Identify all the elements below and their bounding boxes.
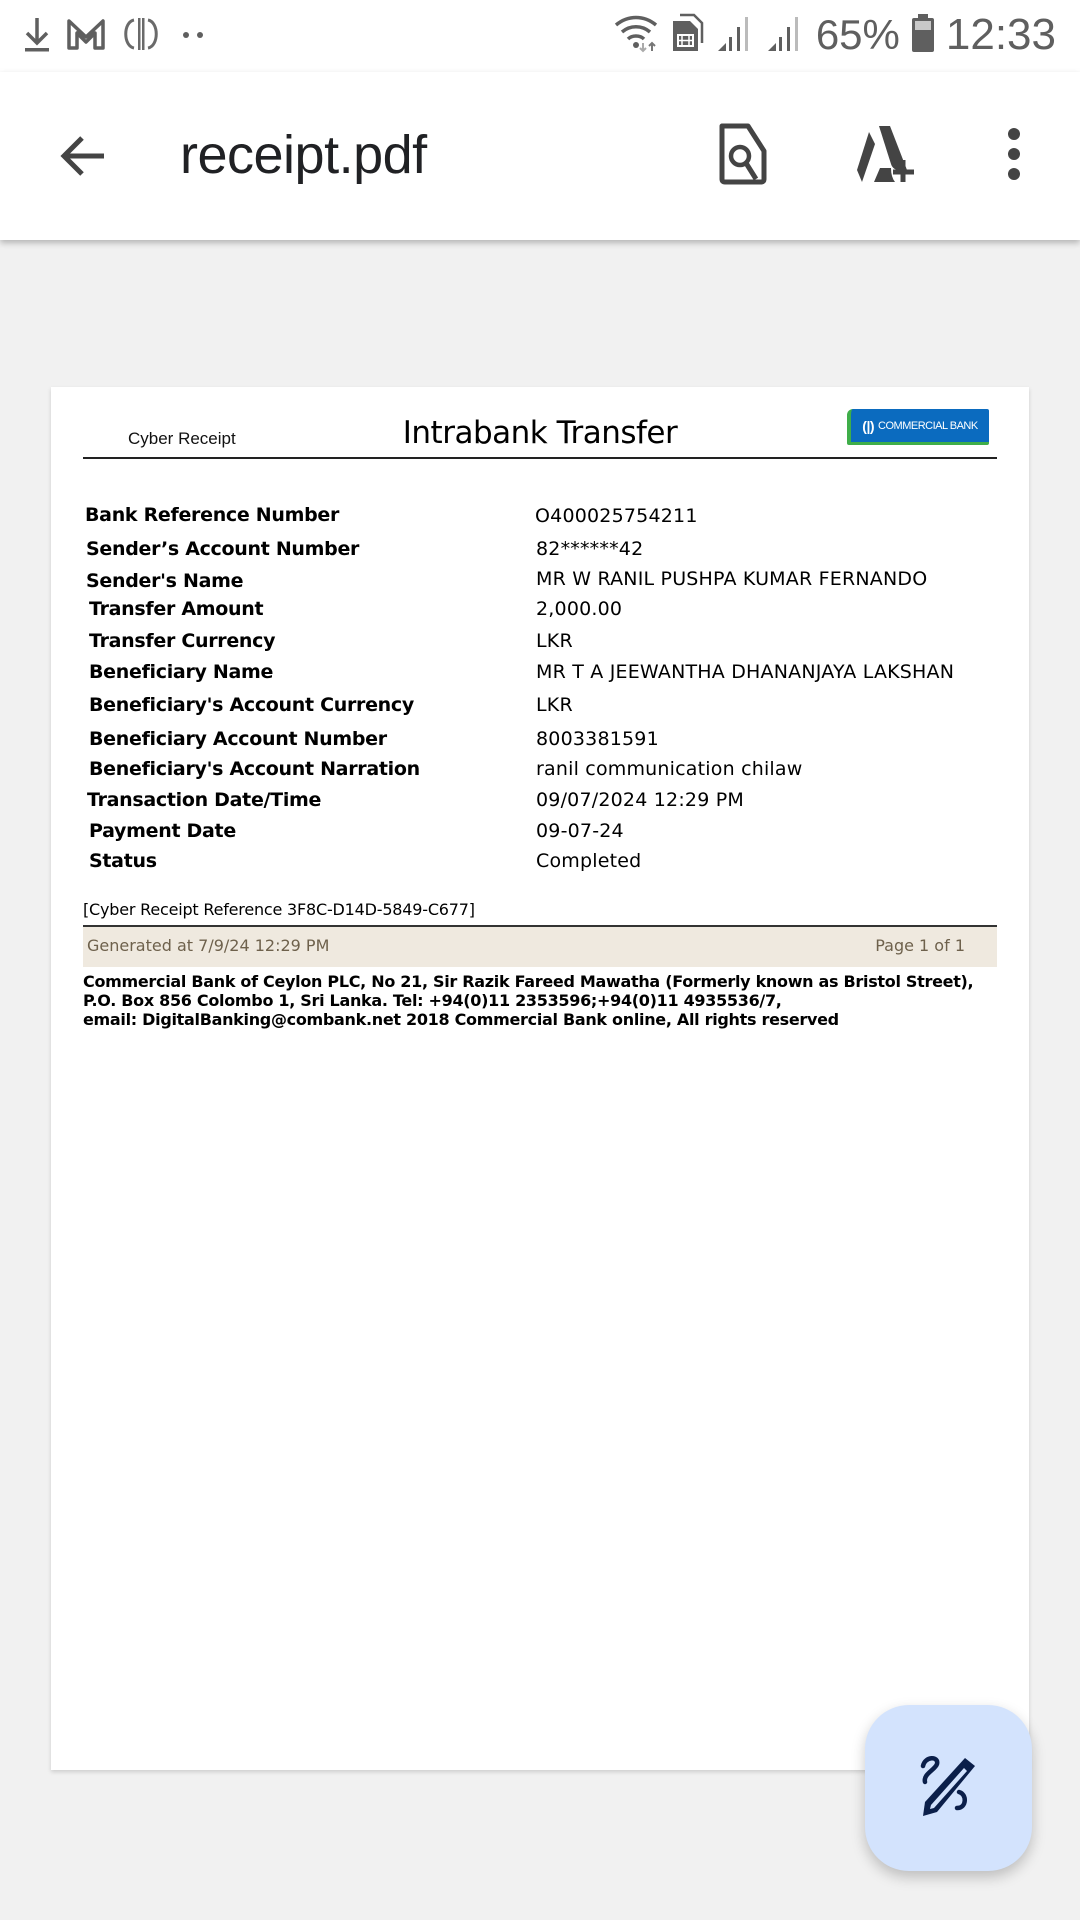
field-row: Beneficiary Name MR T A JEEWANTHA DHANAN… [89, 661, 999, 692]
field-row: Sender’s Account Number 82******42 [86, 538, 996, 569]
field-row: Beneficiary's Account Currency LKR [89, 694, 999, 725]
commercial-bank-logo: (|) COMMERCIAL BANK [847, 409, 989, 445]
add-to-drive-button[interactable] [850, 120, 922, 192]
status-value: Completed [536, 850, 641, 872]
add-to-drive-icon [853, 124, 919, 188]
receipt-fields: Bank Reference Number O400025754211 Send… [86, 504, 996, 881]
signal-2-icon [766, 13, 806, 57]
footer-line: Commercial Bank of Ceylon PLC, No 21, Si… [83, 972, 973, 991]
download-icon [22, 14, 52, 58]
field-row: Payment Date 09-07-24 [89, 820, 999, 851]
field-row: Beneficiary's Account Narration ranil co… [89, 758, 999, 789]
field-label: Beneficiary Account Number [89, 728, 387, 750]
field-value: 09-07-24 [536, 820, 624, 842]
field-value: 82******42 [536, 538, 643, 560]
wifi-icon [612, 13, 660, 57]
more-options-icon [1004, 126, 1024, 186]
app-bar: receipt.pdf [0, 72, 1080, 240]
field-value: LKR [536, 630, 573, 652]
generated-bar: Generated at 7/9/24 12:29 PM Page 1 of 1 [83, 925, 997, 967]
field-label: Sender’s Account Number [86, 538, 359, 560]
field-row: Sender's Name MR W RANIL PUSHPA KUMAR FE… [86, 570, 996, 601]
field-row: Transfer Currency LKR [89, 630, 999, 661]
back-button[interactable] [52, 126, 116, 190]
find-in-document-button[interactable] [706, 120, 778, 192]
field-label: Status [89, 850, 157, 872]
footer-line: P.O. Box 856 Colombo 1, Sri Lanka. Tel: … [83, 991, 973, 1010]
status-bar: 65% 12:33 [0, 0, 1080, 72]
generated-at: Generated at 7/9/24 12:29 PM [87, 936, 329, 955]
page-indicator: Page 1 of 1 [875, 936, 965, 955]
field-row: Transfer Amount 2,000.00 [89, 598, 999, 629]
field-label: Sender's Name [86, 570, 243, 592]
sim-icon [670, 13, 706, 57]
field-value: ranil communication chilaw [536, 758, 803, 780]
bank-logo-text: COMMERCIAL BANK [878, 420, 978, 432]
receipt-header: Cyber Receipt Intrabank Transfer (|) COM… [83, 417, 997, 459]
field-row: Status Completed [89, 850, 999, 881]
field-value: 2,000.00 [536, 598, 622, 620]
more-options-button[interactable] [978, 120, 1050, 192]
field-value: O400025754211 [535, 505, 698, 527]
find-in-document-icon [716, 123, 768, 189]
field-value: LKR [536, 694, 573, 716]
field-value: MR W RANIL PUSHPA KUMAR FERNANDO [536, 568, 927, 590]
field-label: Beneficiary's Account Currency [89, 694, 414, 716]
field-label: Beneficiary Name [89, 661, 273, 683]
bank-logo-icon: (|) [862, 418, 874, 434]
field-value: 09/07/2024 12:29 PM [536, 789, 744, 811]
bank-footer: Commercial Bank of Ceylon PLC, No 21, Si… [83, 972, 973, 1029]
document-title: receipt.pdf [180, 124, 427, 186]
field-row: Transaction Date/Time 09/07/2024 12:29 P… [87, 789, 997, 820]
more-notifications-icon [176, 17, 212, 55]
field-label: Transaction Date/Time [87, 789, 321, 811]
gmail-icon [66, 17, 106, 55]
field-label: Transfer Currency [89, 630, 275, 652]
field-label: Beneficiary's Account Narration [89, 758, 420, 780]
back-icon [56, 128, 112, 188]
clock: 12:33 [946, 10, 1056, 60]
cyber-receipt-reference: [Cyber Receipt Reference 3F8C-D14D-5849-… [83, 900, 475, 919]
commercial-bank-app-icon [120, 17, 162, 55]
field-row: Beneficiary Account Number 8003381591 [89, 728, 999, 759]
field-value: 8003381591 [536, 728, 659, 750]
annotate-pen-icon [917, 1754, 981, 1822]
annotate-button[interactable] [865, 1705, 1032, 1871]
field-row: Bank Reference Number O400025754211 [85, 504, 995, 535]
field-value: MR T A JEEWANTHA DHANANJAYA LAKSHAN [536, 661, 954, 683]
field-label: Transfer Amount [89, 598, 263, 620]
battery-percent: 65% [816, 11, 900, 59]
signal-1-icon [716, 13, 756, 57]
pdf-page[interactable]: Cyber Receipt Intrabank Transfer (|) COM… [51, 387, 1029, 1770]
battery-icon [910, 12, 936, 58]
field-label: Payment Date [89, 820, 236, 842]
field-label: Bank Reference Number [85, 504, 339, 526]
footer-line: email: DigitalBanking@combank.net 2018 C… [83, 1010, 973, 1029]
